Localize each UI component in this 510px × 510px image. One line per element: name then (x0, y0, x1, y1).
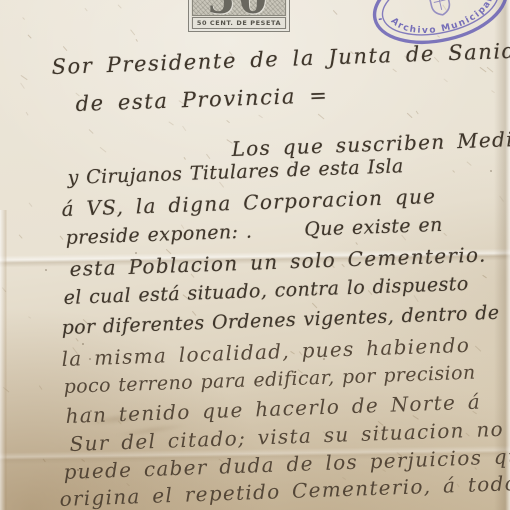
paper-fleck (443, 78, 448, 83)
handwritten-line: preside exponen: . Que existe en (65, 214, 443, 249)
paper-fleck (415, 110, 418, 114)
handwritten-salutation-line-1: Sor Presidente de la Junta de Sanidad (51, 38, 510, 79)
paper-fleck (39, 385, 43, 390)
archive-stamp-coat-of-arms (428, 0, 452, 17)
paper-fleck (226, 120, 230, 123)
paper-fleck (84, 8, 87, 12)
paper-fleck (206, 154, 211, 160)
paper-fleck (59, 236, 63, 240)
paper-fleck (100, 147, 107, 153)
paper-fleck (486, 66, 493, 72)
paper-fleck (22, 18, 25, 21)
paper-fleck (28, 316, 31, 319)
paper-fleck (355, 242, 358, 245)
paper-fleck (474, 345, 480, 351)
paper-fleck (28, 203, 32, 207)
paper-edge-highlight (0, 210, 7, 510)
revenue-stamp-engraving: 50 (192, 0, 286, 16)
handwritten-line: y Cirujanos Titulares de esta Isla (67, 155, 404, 189)
paper-fleck (63, 46, 68, 51)
paper-fleck (183, 157, 186, 161)
handwritten-salutation-line-2: de esta Provincia = (75, 83, 329, 116)
paper-fleck (489, 169, 492, 172)
paper-fleck (467, 161, 472, 166)
paper-fleck (479, 67, 486, 73)
manuscript-page: 50 50 CENT. DE PESETA Archivo Municipal … (0, 0, 510, 510)
revenue-stamp-banner: 50 CENT. DE PESETA (192, 17, 286, 29)
paper-fleck (25, 112, 28, 116)
paper-fleck (20, 83, 25, 89)
paper-fleck (118, 4, 122, 9)
paper-fleck (88, 129, 93, 134)
paper-fleck (135, 39, 138, 43)
paper-fleck (168, 122, 174, 127)
paper-fleck (20, 75, 27, 80)
paper-fleck (318, 113, 325, 119)
paper-fleck (482, 275, 487, 279)
paper-fleck (392, 69, 397, 73)
revenue-stamp: 50 50 CENT. DE PESETA (188, 0, 290, 32)
paper-fleck (443, 233, 447, 237)
paper-fleck (452, 170, 455, 173)
paper-fleck (333, 10, 338, 16)
paper-fleck (258, 114, 263, 118)
paper-fleck (45, 269, 48, 272)
paper-fleck (130, 29, 136, 36)
paper-fleck (182, 126, 187, 132)
revenue-stamp-denomination: 50 (193, 0, 285, 16)
paper-fleck (407, 113, 413, 119)
paper-fleck (27, 35, 31, 39)
paper-fleck (19, 235, 23, 240)
